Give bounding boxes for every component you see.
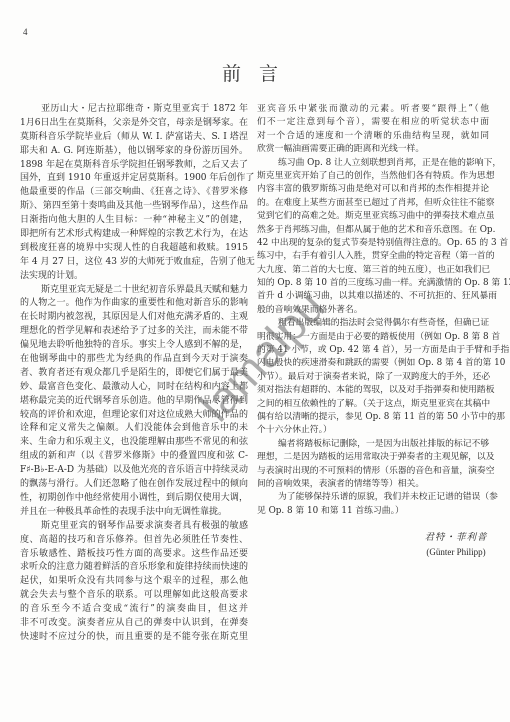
paragraph-biography: 亚历山大・尼古拉耶维奇・斯克里亚宾于 1872 年 1月6日出生在莫斯科，父亲是… — [20, 103, 248, 284]
text-line: 粗看出版编辑的指法时会觉得偶尔有些奇怪，但确已证 — [257, 317, 489, 330]
text-line: 闪电般快的疾速滑奏和跳跃的需要（例如 Op. 8 第 4 首的第 10 — [257, 357, 489, 370]
text-line: 们不一定注意到每个音），需要在相应的听觉状态中面 — [257, 116, 489, 129]
text-line: 大九度、第二首的大七度、第三首的纯五度），也正如我们已 — [257, 264, 489, 277]
text-line: 就会失去与整个音乐的联系。可以理解如此这般高要求 — [20, 589, 248, 603]
text-line: 来、生命力和乐观主义，也没能理解由那些不常见的和弦 — [20, 436, 248, 450]
text-line: 的。在难度上某些方面甚至已超过了肖邦，但听众往往不能察 — [257, 197, 489, 210]
text-line: 在他钢琴曲中的那些尤为经典的作品直到今天对于演奏 — [20, 353, 248, 367]
text-line: 性，初期创作中他经常使用小调性，到后期仅使用大调， — [20, 492, 248, 506]
text-line: 的音乐至今不适合变成“流行”的演奏曲目，但这并 — [20, 603, 248, 617]
paragraph-significance: 斯克里亚宾无疑是二十世纪初音乐界最具天赋和魅力 的人物之一。他作为作曲家的重要性… — [20, 284, 248, 520]
text-line: 国外，直到 1910 年重返并定居莫斯科。1900 年后创作了 — [20, 172, 248, 186]
page-title: 前 言 — [0, 63, 508, 85]
text-line: 耶夫和 A. G. 阿连斯基），他以钢琴家的身份游历国外。 — [20, 145, 248, 159]
paragraph-performance: 斯克里亚宾的钢琴作品要求演奏者具有极强的敏感 度、高超的技巧和音乐修养。但首先必… — [20, 520, 248, 645]
text-line: 音乐敏感性、踏板技巧性方面的高要求。这些作品还要 — [20, 548, 248, 562]
paragraph-errata: 为了能够保持乐谱的原貌，我们并未校正记谱的错误（参 见 Op. 8 第 10 和… — [257, 491, 489, 518]
page-number: 4 — [23, 26, 28, 38]
text-line: 觉到它们的高难之处。斯克里亚宾练习曲中的弹奏技术难点虽 — [257, 210, 489, 223]
text-line: 理想，二是因为踏板的运用常取决于弹奏者的主观见解，以及 — [257, 451, 489, 464]
text-line: 编者将踏板标记删除，一是因为出版社排版的标记不够 — [257, 438, 489, 451]
text-line: 然多于肖邦练习曲，但都从属于他的艺术和音乐意图。在 Op. — [257, 224, 489, 237]
text-line: 的第 41 小节，或 Op. 42 第 4 首），另一方面是由于手臂和手指 — [257, 344, 489, 357]
text-line: 个十六分休止符。） — [257, 424, 489, 437]
text-line: 非不可改变。演奏者应从自己的弹奏中认识到，在弹奏 — [20, 617, 248, 631]
text-line: 快速时不应过分的快，而且重要的是不能夸张在斯克里 — [20, 631, 248, 645]
text-line: 法实现的计划。 — [20, 270, 248, 284]
text-line: 的人物之一。他作为作曲家的重要性和他对新音乐的影响 — [20, 297, 248, 311]
text-line: 偶有给以清晰的提示，参见 Op. 8 第 11 首的第 50 小节中的那 — [257, 411, 489, 424]
text-line: 到极度狂喜的境界中实现人性的自我超越和救赎。1915 — [20, 242, 248, 256]
text-line: 对一个合适的速度和一个清晰的乐曲结构呈现，就如同 — [257, 130, 489, 143]
author-name-chinese: 君特・菲利普 — [421, 531, 491, 545]
text-line: 首升 d 小调练习曲，以其难以描述的、不可抗拒的、狂风暴雨 — [257, 290, 489, 303]
text-line: 度、高超的技巧和音乐修养。但首先必须胜任节奏性、 — [20, 534, 248, 548]
text-line: 偏见地去聆听他独特的音乐。事实上令人感到不解的是， — [20, 339, 248, 353]
text-line: 年 4 月 27 日，这位 43 岁的大师死于败血症，告别了他无 — [20, 256, 248, 270]
text-line: 1月6日出生在莫斯科，父亲是外交官，母亲是钢琴家。在 — [20, 117, 248, 131]
left-column: 亚历山大・尼古拉耶维奇・斯克里亚宾于 1872 年 1月6日出生在莫斯科，父亲是… — [20, 103, 248, 645]
text-line: 间的音响效果，表演者的情绪等等）相关。 — [257, 478, 489, 491]
text-line: 即把所有艺术形式构建成一种辉煌的宗教艺术行为，在达 — [20, 228, 248, 242]
text-line: 起伏，如果听众没有共同参与这个艰辛的过程，那么他 — [20, 575, 248, 589]
text-line: 见 Op. 8 第 10 和第 11 首练习曲。） — [257, 505, 489, 518]
text-line: 1898 年起在莫斯科音乐学院担任钢琴教师，之后又去了 — [20, 159, 248, 173]
text-line: 斯》、第四至第十奏鸣曲及其他一些钢琴作品），这些作品 — [20, 200, 248, 214]
text-line: 组成的新和声（以《普罗米修斯》中的叠置四度和弦 C- — [20, 450, 248, 464]
text-line: 42 中出现的复杂的复式节奏是特别值得注意的。Op. 65 的 3 首 — [257, 237, 489, 250]
text-line: 的飘荡与滑行。人们还忽略了他在创作发展过程中的倾向 — [20, 478, 248, 492]
text-line: 明很实用：一方面是由于必要的踏板使用（例如 Op. 8 第 8 首 — [257, 331, 489, 344]
text-line: 知的 Op. 8 第 10 首的三度练习曲一样。充满激情的 Op. 8 第 12 — [257, 277, 489, 290]
text-line: 般的音响效果而格外著名。 — [257, 304, 489, 317]
text-line: 须对指法有超群的、本能的驾驭，以及对手指弹奏和使用踏板 — [257, 384, 489, 397]
text-line: 求听众的注意力随着鲜活的音乐形象和旋律持续而快速的 — [20, 561, 248, 575]
text-line: 欣赏一幅油画需要正确的距离和光线一样。 — [257, 143, 489, 156]
text-line: 斯克里亚宾的钢琴作品要求演奏者具有极强的敏感 — [20, 520, 248, 534]
text-line: 亚历山大・尼古拉耶维奇・斯克里亚宾于 1872 年 — [20, 103, 248, 117]
paragraph-etudes: 练习曲 Op. 8 让人立刻联想到肖邦，正是在他的影响下， 斯克里亚宾开始了自己… — [257, 157, 489, 318]
right-column: 亚宾音乐中紧张而激动的元素。听者要“跟得上”（他 们不一定注意到每个音），需要在… — [257, 103, 489, 518]
text-line: 在长时期内被忽视，其原因是人们对他充满矛盾的、主观 — [20, 311, 248, 325]
text-line: 并且在一种极具革命性的表现手法中向无调性靠拢。 — [20, 506, 248, 520]
text-line: 妙、最富音色变化、最激动人心，同时在结构和内容上都 — [20, 381, 248, 395]
text-line: 小节）。最后对于演奏者来说，除了一双跨度大的手外，还必 — [257, 371, 489, 384]
text-line: 为了能够保持乐谱的原貌，我们并未校正记谱的错误（参 — [257, 491, 489, 504]
text-line: 练习曲 Op. 8 让人立刻联想到肖邦，正是在他的影响下， — [257, 157, 489, 170]
paragraph-fingering: 粗看出版编辑的指法时会觉得偶尔有些奇怪，但确已证 明很实用：一方面是由于必要的踏… — [257, 317, 489, 438]
text-line: F♯-B♭-E-A-D 为基础）以及他光亮的音乐语言中持续灵动 — [20, 464, 248, 478]
paragraph-performance-continued: 亚宾音乐中紧张而激动的元素。听者要“跟得上”（他 们不一定注意到每个音），需要在… — [257, 103, 489, 157]
text-line: 亚宾音乐中紧张而激动的元素。听者要“跟得上”（他 — [257, 103, 489, 116]
author-name-original: (Günter Philipp) — [421, 545, 491, 559]
text-line: 练习中，右手有着引人入胜，贯穿全曲的特定音程（第一首的 — [257, 250, 489, 263]
text-line: 较高的评价和欢迎，但理论家们对这位成熟大师的作品的 — [20, 409, 248, 423]
text-line: 内容丰富的俄罗斯练习曲是绝对可以和肖邦的杰作相提并论 — [257, 183, 489, 196]
text-line: 斯克里亚宾开始了自己的创作，当然他们各有特质。作为思想 — [257, 170, 489, 183]
text-line: 理想化的哲学见解和表述给予了过多的关注，而未能不带 — [20, 325, 248, 339]
text-line: 莫斯科音乐学院毕业后（师从 W. I. 萨富诺夫、S. I 塔涅 — [20, 131, 248, 145]
paragraph-pedal-marks: 编者将踏板标记删除，一是因为出版社排版的标记不够 理想，二是因为踏板的运用常取决… — [257, 438, 489, 492]
text-line: 日渐指向他大胆的人生目标：一种“神秘主义”的创建， — [20, 214, 248, 228]
text-line: 他最重要的作品（三部交响曲、《狂喜之诗》、《普罗米修 — [20, 186, 248, 200]
text-line: 诠释和定义常失之偏颇。人们没能体会到他音乐中的未 — [20, 422, 248, 436]
text-line: 之间的相互依赖性的了解。（关于这点，斯克里亚宾在其稿中 — [257, 398, 489, 411]
text-line: 斯克里亚宾无疑是二十世纪初音乐界最具天赋和魅力 — [20, 284, 248, 298]
text-line: 堪称最完美的近代钢琴音乐创造。他的早期作品尽管得到 — [20, 395, 248, 409]
text-line: 与表演时出现的不可预料的情形（乐器的音色和音量，演奏空 — [257, 465, 489, 478]
text-line: 者、教育者还有观众都几乎是陌生的，即便它们属于最美 — [20, 367, 248, 381]
author-signature: 君特・菲利普 (Günter Philipp) — [421, 531, 491, 559]
